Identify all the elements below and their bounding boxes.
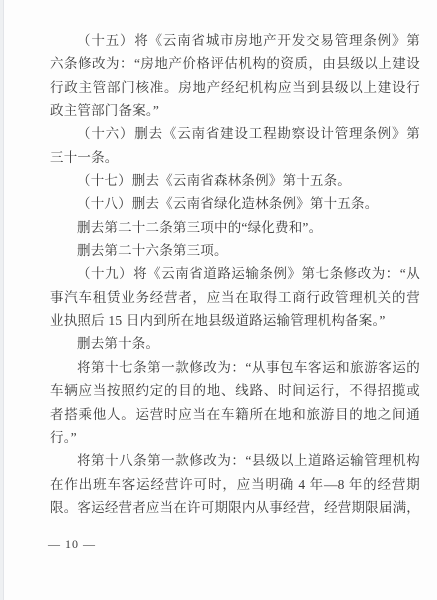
document-line: 删去第二十二条第三项中的“绿化费和”。 bbox=[50, 216, 420, 239]
document-line: 行。” bbox=[50, 426, 420, 449]
document-line: 三十一条。 bbox=[50, 146, 420, 169]
document-page: （十五）将《云南省城市房地产开发交易管理条例》第六条修改为：“房地产价格评估机构… bbox=[0, 0, 437, 600]
page-number: — 10 — bbox=[48, 537, 96, 552]
document-line: 删去第十条。 bbox=[50, 332, 420, 355]
document-line: （十八）删去《云南省绿化造林条例》第十五条。 bbox=[50, 192, 420, 215]
document-line: 将第十八条第一款修改为：“县级以上道路运输管理机构 bbox=[50, 449, 420, 472]
document-line: （十六）删去《云南省建设工程勘察设计管理条例》第 bbox=[50, 122, 420, 145]
document-line: 业执照后 15 日内到所在地县级道路运输管理机构备案。” bbox=[50, 309, 420, 332]
document-line: 者搭乘他人。运营时应当在车籍所在地和旅游目的地之间通 bbox=[50, 403, 420, 426]
scan-edge bbox=[0, 0, 4, 600]
document-line: 在作出班车客运经营许可时，应当明确 4 年—8 年的经营期 bbox=[50, 473, 420, 496]
document-line: 事汽车租赁业务经营者，应当在取得工商行政管理机关的营 bbox=[50, 286, 420, 309]
document-line: （十五）将《云南省城市房地产开发交易管理条例》第 bbox=[50, 29, 420, 52]
document-line: 六条修改为：“房地产价格评估机构的资质，由县级以上建设 bbox=[50, 52, 420, 75]
document-line: （十七）删去《云南省森林条例》第十五条。 bbox=[50, 169, 420, 192]
document-text: （十五）将《云南省城市房地产开发交易管理条例》第六条修改为：“房地产价格评估机构… bbox=[50, 29, 420, 519]
document-line: 行政主管部门核准。房地产经纪机构应当到县级以上建设行 bbox=[50, 76, 420, 99]
document-line: 政主管部门备案。” bbox=[50, 99, 420, 122]
document-line: 限。客运经营者应当在许可期限内从事经营，经营期限届满， bbox=[50, 496, 420, 519]
document-line: 删去第二十六条第三项。 bbox=[50, 239, 420, 262]
document-line: 车辆应当按照约定的目的地、线路、时间运行，不得招揽或 bbox=[50, 379, 420, 402]
document-line: （十九）将《云南省道路运输条例》第七条修改为：“从 bbox=[50, 262, 420, 285]
document-line: 将第十七条第一款修改为：“从事包车客运和旅游客运的 bbox=[50, 356, 420, 379]
